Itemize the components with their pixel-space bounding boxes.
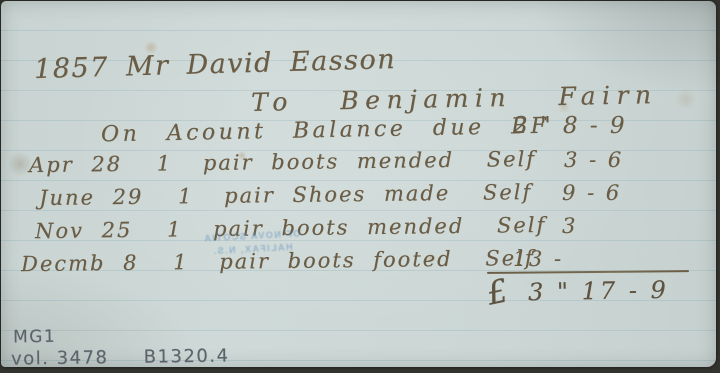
document-title-line: 1857 Mr David Easson	[34, 44, 397, 85]
archival-fonds-note: MG1	[13, 327, 56, 348]
balance-amount: 2 " 8 - 9	[513, 113, 627, 139]
year-text: 1857	[34, 52, 110, 85]
total-amount: 3 " 17 - 9	[528, 276, 669, 306]
archival-volume: vol. 3478	[11, 347, 109, 369]
entry-quantity: 1	[157, 151, 173, 175]
entry-quantity: 1	[173, 250, 189, 274]
entry-description: pair Shoes made	[224, 181, 450, 208]
document-paper: 1857 Mr David Easson To Benjamin Fairn O…	[1, 1, 716, 367]
entry-date: Apr 28	[29, 152, 122, 177]
archival-item-ref: B1320.4	[144, 345, 230, 367]
entry-date: Decmb 8	[21, 251, 139, 276]
entry-party: Self	[497, 213, 547, 238]
entry-date: Nov 25	[35, 218, 133, 243]
archival-reference-note: vol. 3478 B1320.4	[11, 345, 230, 369]
foxing-stain	[673, 89, 699, 109]
ledger-entry-row: June 29 1 pair Shoes made Self	[39, 180, 532, 210]
entry-quantity: 1	[178, 184, 194, 208]
ledger-entry-row: Apr 28 1 pair boots mended Self	[29, 147, 536, 177]
entry-amount: 3	[562, 214, 578, 238]
total-rule-line	[487, 270, 689, 274]
entry-party: Self	[487, 147, 537, 172]
balance-line: On Acount Balance due BF	[101, 114, 550, 148]
entry-amount: 13 -	[513, 247, 564, 271]
foxing-stain	[9, 149, 31, 179]
entry-quantity: 1	[167, 217, 183, 241]
entry-party: Self	[483, 180, 533, 205]
entry-amount: 9 - 6	[562, 181, 622, 205]
entry-date: June 29	[39, 185, 144, 210]
balance-text: On Acount Balance due	[101, 115, 485, 147]
debit-to-line: To Benjamin Fairn	[251, 80, 658, 117]
entry-description: pair boots mended	[203, 148, 454, 175]
entry-amount: 3 - 6	[564, 148, 624, 172]
recipient-name: Mr David Easson	[125, 44, 396, 83]
scanned-document-photo: { "document": { "header": { "year": "185…	[0, 0, 720, 373]
pound-sign: £	[483, 271, 511, 312]
